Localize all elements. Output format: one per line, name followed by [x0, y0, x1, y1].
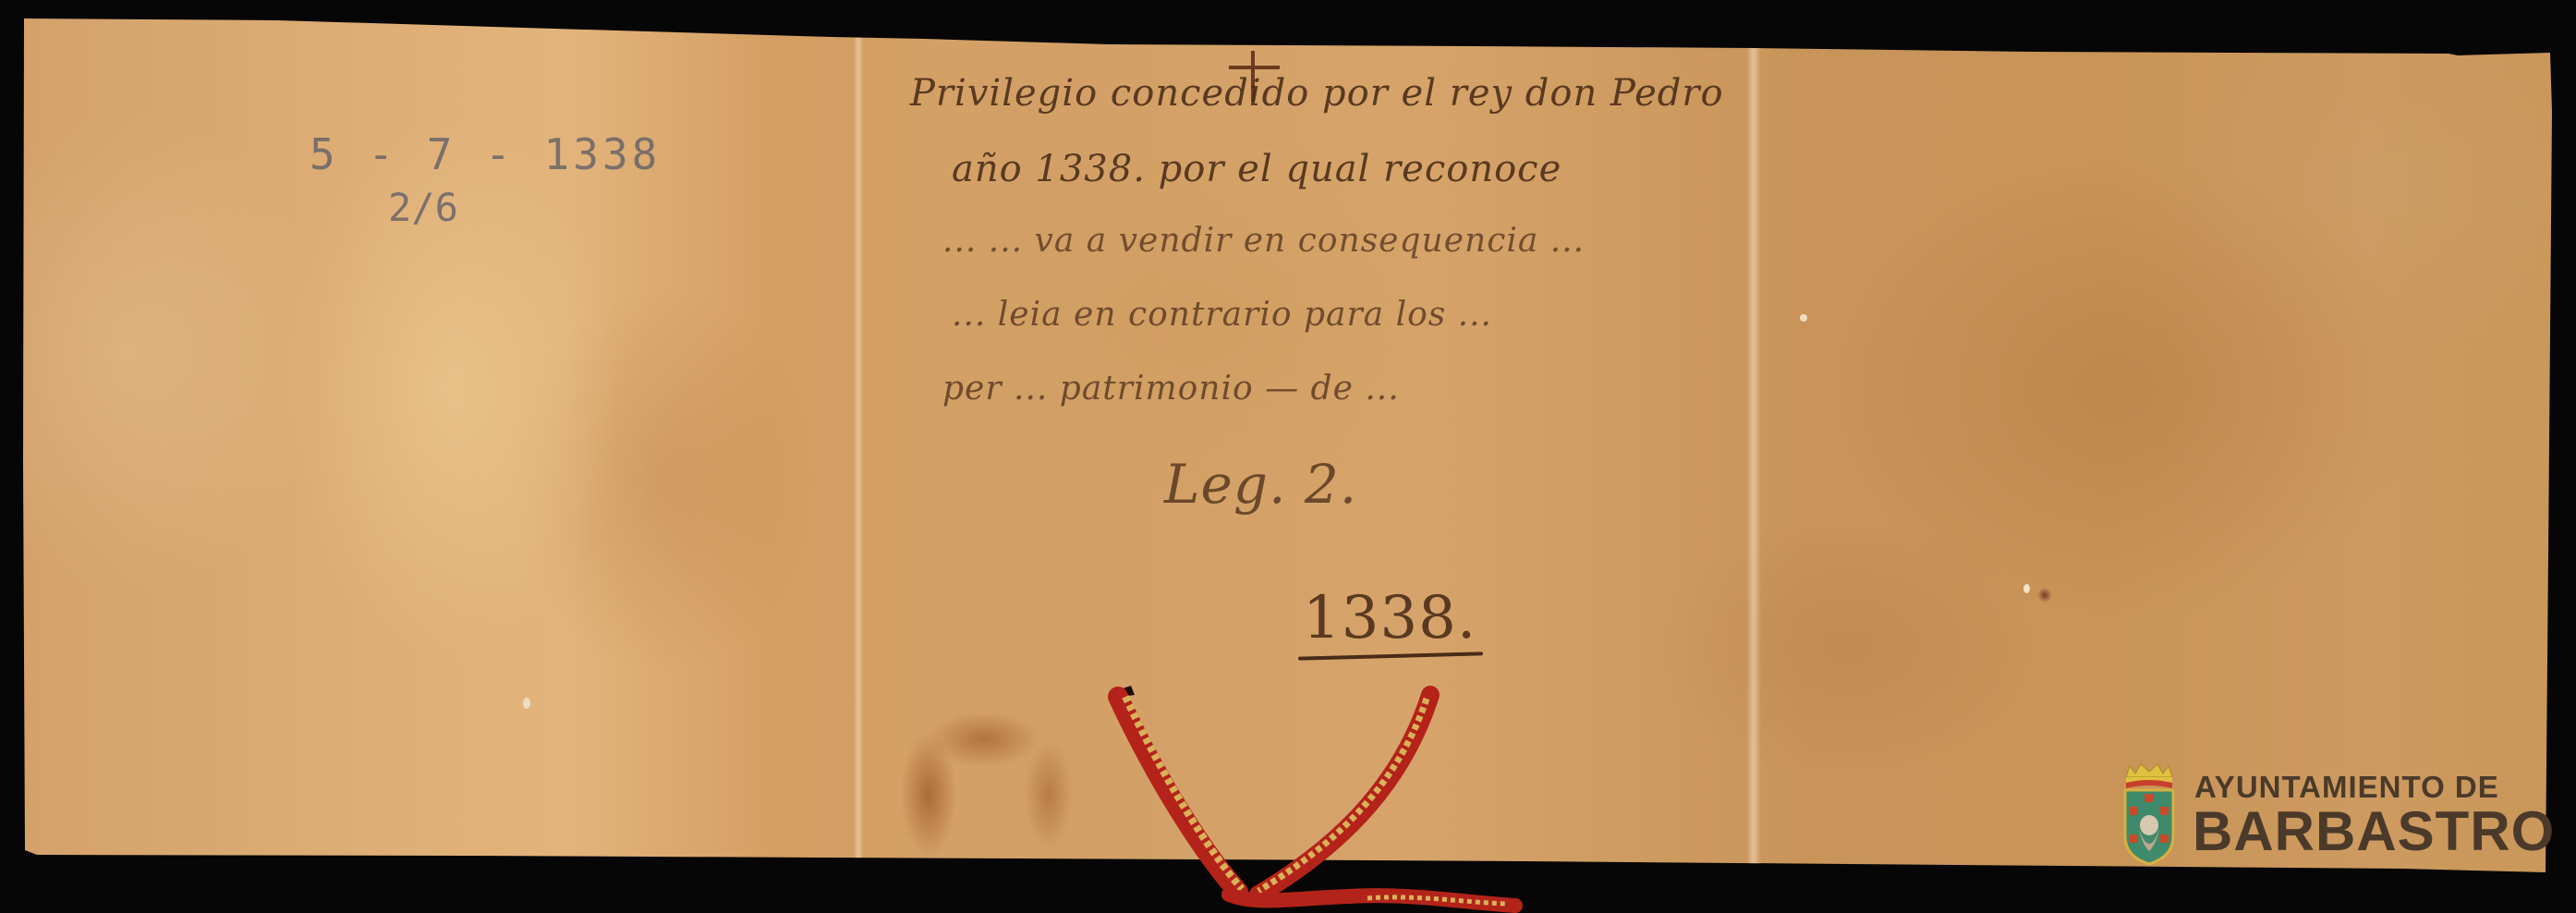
endorsement-line-1: Privilegio concedido por el rey don Pedr…	[910, 72, 1724, 115]
light-spot	[523, 698, 530, 709]
endorsement-line-2: año 1338. por el qual reconoce	[952, 148, 1561, 190]
ink-spot	[2037, 588, 2052, 603]
endorsement-line-4: ... leia en contrario para los ...	[952, 296, 1492, 334]
shelfmark: Leg. 2.	[1164, 453, 1357, 516]
pencil-date-reference: 5 - 7 - 1338	[310, 129, 661, 179]
light-spot	[2023, 584, 2030, 593]
pencil-item-reference: 2/6	[388, 185, 458, 230]
ayuntamiento-barbastro-logo: AYUNTAMIENTO DE BARBASTRO	[2120, 762, 2536, 866]
seal-cord	[1016, 684, 1571, 913]
endorsement-line-5: per ... patrimonio — de ...	[942, 370, 1400, 408]
document-year: 1338.	[1303, 584, 1476, 652]
fold-line-right	[1746, 46, 1761, 878]
logo-line-2: BARBASTRO	[2193, 803, 2555, 860]
endorsement-line-3: ... ... va a vendir en consequencia ...	[942, 222, 1585, 260]
fold-line-left	[854, 28, 863, 859]
light-spot	[1800, 314, 1807, 322]
coat-of-arms-icon	[2120, 762, 2178, 866]
image-canvas: 5 - 7 - 1338 2/6 Privilegio concedido po…	[0, 0, 2576, 913]
